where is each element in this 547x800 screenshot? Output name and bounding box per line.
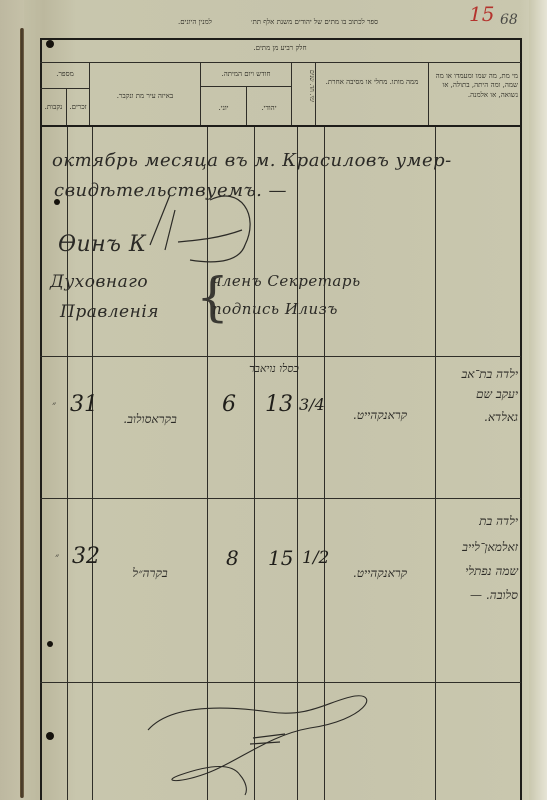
- clerk-name-2: подпись Илизъ: [212, 300, 338, 318]
- entry-1-cause: קראנקהייט.: [330, 408, 430, 423]
- hdr-subdivider: [40, 88, 90, 89]
- entry-1-deceased-line-1: ילדה בת־אב: [438, 367, 518, 382]
- col-header-females: נקבות.: [41, 103, 66, 112]
- binding-hole: [46, 732, 54, 740]
- certification-line-1: октябрь месяца въ м. Красиловъ умер-: [52, 150, 452, 171]
- binding-spine: [20, 28, 24, 798]
- col-line: [92, 127, 93, 800]
- col-header-age: ימי. חד. שנים: [292, 70, 315, 102]
- entry-1-age: 3/4: [299, 395, 325, 414]
- entry-1-deceased-line-2: יעקב שם: [438, 387, 518, 402]
- row-divider: [40, 682, 521, 683]
- entry-2-greek-day: 8: [226, 546, 239, 570]
- col-header-place: באיזה עיר מת ונקבר.: [90, 92, 200, 101]
- entry-1-number: 31: [70, 392, 98, 417]
- entry-1-deceased-line-3: גאלדא.: [438, 410, 518, 425]
- section-title: חלק רביע מן מתים.: [200, 44, 360, 53]
- entry-2-deceased-line-1: ילדה בת: [438, 514, 518, 529]
- col-header-hebrew: יהודי.: [247, 104, 291, 113]
- frame-right: [520, 38, 522, 800]
- clerk-title-1: Духовнаго: [50, 272, 148, 292]
- entry-2-place: בקרה״ל: [110, 566, 190, 581]
- ledger-title: ספר לכתוב בו מתים של יהודים משנת אלף תת׳: [232, 18, 397, 27]
- frame-top: [40, 38, 521, 40]
- row-divider: [40, 356, 521, 357]
- page-right-edge: [529, 0, 547, 800]
- binding-hole: [47, 641, 53, 647]
- entry-2-deceased-line-3: שמה נפתלי: [438, 564, 518, 579]
- entry-2-ditto: ״: [55, 552, 59, 563]
- entry-2-deceased-line-2: זאלמאן־לייב: [438, 540, 518, 555]
- clerk-name-1: членъ Секретарь: [212, 272, 361, 290]
- binding-hole: [46, 40, 54, 48]
- hdr-divider: [315, 62, 316, 125]
- ledger-title-era: למנין היונים.: [165, 18, 225, 27]
- entry-1-ditto: ״: [52, 400, 56, 411]
- entry-2-number: 32: [72, 544, 100, 569]
- clerk-title-2: Правленія: [60, 302, 159, 322]
- entry-2-cause: קראנקהייט.: [330, 566, 430, 581]
- col-header-deceased: מי מת, מה שמו ומעמדו או מה שמה, ומה היתה…: [430, 72, 518, 100]
- official-signature-flourish: [130, 190, 260, 270]
- col-line: [435, 127, 436, 800]
- header-bottom-rule: [40, 125, 521, 127]
- col-header-date: חודש ויום המיתה.: [201, 70, 291, 79]
- col-line: [67, 127, 68, 800]
- entry-2-hebrew-day: 15: [268, 546, 293, 570]
- archive-number-pencil: 68: [500, 12, 518, 28]
- col-header-greek: יוני.: [201, 104, 246, 113]
- entry-1-month-note: כסלו נויאבר: [214, 362, 334, 375]
- section-title-divider: [40, 62, 521, 63]
- hdr-divider: [428, 62, 429, 125]
- entry-1-place: בקראסולוב.: [100, 412, 200, 427]
- col-header-cause: ממה מותו. מחלי או מסיבה אחרת.: [318, 78, 426, 87]
- closing-signature-flourish: [140, 690, 380, 800]
- entry-2-deceased-line-4: סלובה. —: [438, 588, 518, 603]
- entry-1-hebrew-day: 13: [265, 392, 293, 417]
- archive-number-red: 15: [469, 2, 494, 26]
- col-header-number: מספר.: [41, 70, 89, 79]
- frame-left: [40, 38, 42, 800]
- col-header-males: זכרים.: [66, 103, 90, 112]
- entry-2-age: 1/2: [302, 548, 329, 568]
- ledger-page: ספר לכתוב בו מתים של יהודים משנת אלף תת׳…: [0, 0, 547, 800]
- row-divider: [40, 498, 521, 499]
- entry-1-greek-day: 6: [222, 392, 236, 417]
